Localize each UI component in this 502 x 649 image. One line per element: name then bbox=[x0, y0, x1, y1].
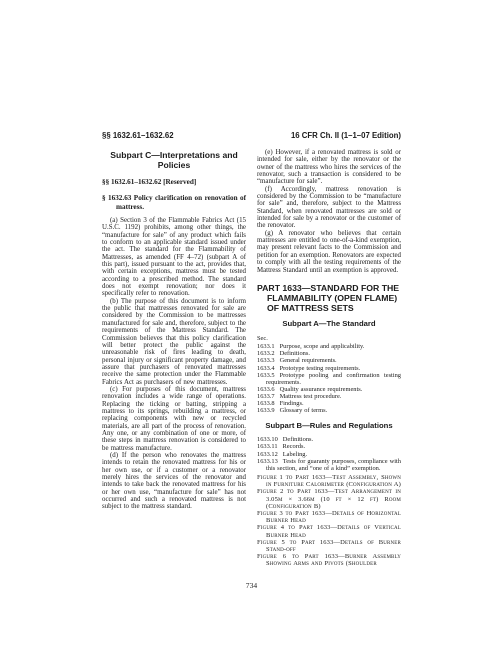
toc-entry: 1633.3General requirements. bbox=[257, 357, 401, 364]
two-column-body: Subpart C—Interpretations and Policies §… bbox=[102, 149, 401, 568]
left-column: Subpart C—Interpretations and Policies §… bbox=[102, 149, 246, 568]
toc-entry: 1633.4Prototype testing requirements. bbox=[257, 365, 401, 372]
running-head-section-range: §§ 1632.61–1632.62 bbox=[102, 131, 174, 140]
toc-section-title: Glossary of terms. bbox=[280, 407, 328, 414]
toc-section-title: Prototype testing requirements. bbox=[280, 365, 361, 372]
toc-section-number: 1633.3 bbox=[257, 357, 280, 364]
toc-entry: 1633.13Tests for guaranty purposes, comp… bbox=[257, 458, 401, 472]
toc-section-title: Tests for guaranty purposes, compliance … bbox=[266, 458, 401, 472]
body-paragraph: (f) Accordingly, mattress renovation is … bbox=[257, 186, 401, 230]
toc-section-number: 1633.9 bbox=[257, 407, 280, 414]
subpart-b-heading: Subpart B—Rules and Regulations bbox=[257, 422, 401, 431]
toc-section-title: Prototype pooling and confirmation testi… bbox=[266, 372, 401, 386]
body-paragraph: (b) The purpose of this document is to i… bbox=[102, 298, 246, 386]
cfr-document-page: §§ 1632.61–1632.62 16 CFR Ch. II (1–1–07… bbox=[0, 0, 502, 649]
toc-section-title: General requirements. bbox=[280, 357, 337, 364]
body-paragraph: (e) However, if a renovated mattress is … bbox=[257, 149, 401, 186]
toc-section-title: Labeling. bbox=[283, 451, 307, 458]
body-paragraph: (d) If the person who renovates the matt… bbox=[102, 452, 246, 511]
toc-section-number: 1633.8 bbox=[257, 400, 280, 407]
section-1632-63-heading: § 1632.63 Policy clarification on renova… bbox=[102, 194, 246, 211]
toc-section-title: Findings. bbox=[280, 400, 304, 407]
body-paragraph: (g) A renovator who believes that certai… bbox=[257, 230, 401, 274]
toc-entry: 1633.6Quality assurance requirements. bbox=[257, 386, 401, 393]
sec-label: Sec. bbox=[257, 335, 401, 342]
left-column-paragraphs: (a) Section 3 of the Flammable Fabrics A… bbox=[102, 217, 246, 511]
toc-entry: 1633.7Mattress test procedure. bbox=[257, 393, 401, 400]
toc-entry: 1633.5Prototype pooling and confirmation… bbox=[257, 372, 401, 386]
figure-toc-entry: Figure 4 to Part 1633—Details of Vertica… bbox=[257, 524, 401, 538]
toc-entry: 1633.11Records. bbox=[257, 443, 401, 450]
toc-section-number: 1633.5 bbox=[257, 372, 280, 379]
subpart-a-toc: 1633.1Purpose, scope and applicability. … bbox=[257, 343, 401, 415]
toc-section-title: Quality assurance requirements. bbox=[280, 386, 363, 393]
body-paragraph: (a) Section 3 of the Flammable Fabrics A… bbox=[102, 217, 246, 298]
figure-toc-entry: Figure 1 to Part 1633—Test Assembly, Sho… bbox=[257, 474, 401, 488]
toc-section-title: Mattress test procedure. bbox=[280, 393, 342, 400]
running-head-edition: 16 CFR Ch. II (1–1–07 Edition) bbox=[291, 131, 401, 140]
toc-section-title: Definitions. bbox=[280, 350, 310, 357]
toc-section-number: 1633.11 bbox=[257, 443, 283, 450]
toc-entry: 1633.9Glossary of terms. bbox=[257, 407, 401, 414]
toc-section-number: 1633.2 bbox=[257, 350, 280, 357]
toc-section-title: Definitions. bbox=[283, 436, 313, 443]
toc-entry: 1633.2Definitions. bbox=[257, 350, 401, 357]
toc-section-number: 1633.1 bbox=[257, 343, 280, 350]
part-1633-heading: PART 1633—STANDARD FOR THE FLAMMABILITY … bbox=[257, 283, 401, 314]
running-head: §§ 1632.61–1632.62 16 CFR Ch. II (1–1–07… bbox=[102, 131, 401, 140]
toc-section-title: Purpose, scope and applicability. bbox=[280, 343, 365, 350]
figure-toc-entry: Figure 5 to Part 1633—Details of Burner … bbox=[257, 539, 401, 553]
toc-entry: 1633.10Definitions. bbox=[257, 436, 401, 443]
reserved-sections-line: §§ 1632.61–1632.62 [Reserved] bbox=[102, 178, 246, 186]
page-content: §§ 1632.61–1632.62 16 CFR Ch. II (1–1–07… bbox=[102, 131, 401, 568]
subpart-a-heading: Subpart A—The Standard bbox=[257, 320, 401, 329]
toc-section-number: 1633.10 bbox=[257, 436, 283, 443]
right-column-paragraphs: (e) However, if a renovated mattress is … bbox=[257, 149, 401, 274]
figure-toc-entry: Figure 2 to Part 1633—Test Arrangement i… bbox=[257, 488, 401, 510]
toc-section-number: 1633.7 bbox=[257, 393, 280, 400]
toc-section-number: 1633.12 bbox=[257, 451, 283, 458]
body-paragraph: (c) For purposes of this document, mattr… bbox=[102, 386, 246, 452]
toc-section-number: 1633.4 bbox=[257, 365, 280, 372]
subpart-b-toc: 1633.10Definitions. 1633.11Records. 1633… bbox=[257, 436, 401, 472]
toc-entry: 1633.1Purpose, scope and applicability. bbox=[257, 343, 401, 350]
toc-entry: 1633.12Labeling. bbox=[257, 451, 401, 458]
figure-toc-entry: Figure 3 to Part 1633—Details of Horizon… bbox=[257, 510, 401, 524]
figure-toc-entry: Figure 6 to Part 1633—Burner Assembly Sh… bbox=[257, 553, 401, 567]
subpart-c-heading: Subpart C—Interpretations and Policies bbox=[108, 150, 240, 170]
toc-section-number: 1633.6 bbox=[257, 386, 280, 393]
toc-entry: 1633.8Findings. bbox=[257, 400, 401, 407]
figure-toc: Figure 1 to Part 1633—Test Assembly, Sho… bbox=[257, 474, 401, 568]
right-column: (e) However, if a renovated mattress is … bbox=[257, 149, 401, 568]
toc-section-number: 1633.13 bbox=[257, 458, 283, 465]
toc-section-title: Records. bbox=[283, 443, 306, 450]
page-number: 734 bbox=[102, 581, 401, 590]
